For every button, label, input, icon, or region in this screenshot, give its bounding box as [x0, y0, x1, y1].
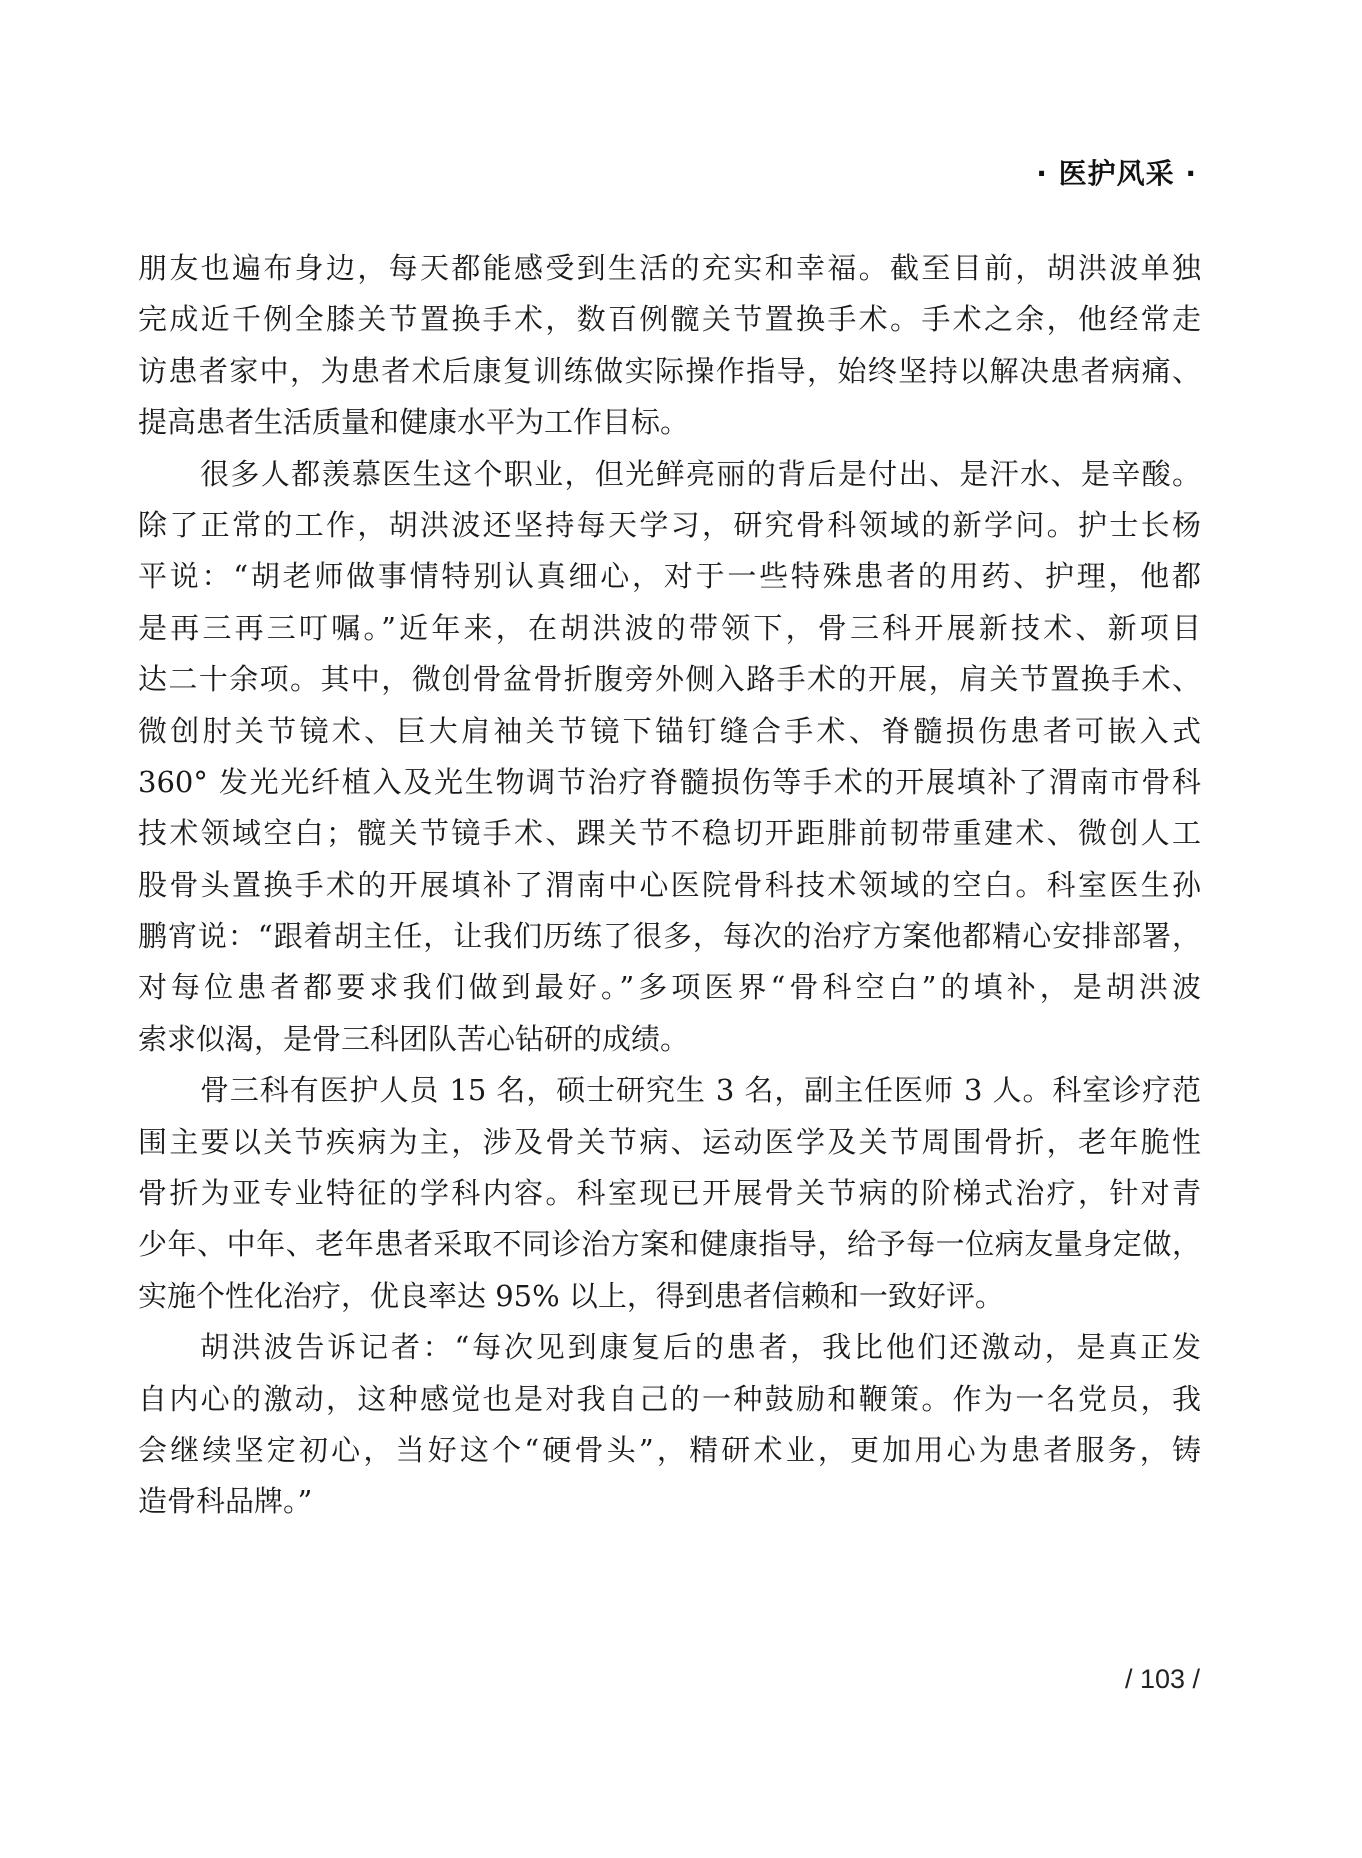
- text-line: 鹏宵说：“跟着胡主任，让我们历练了很多，每次的治疗方案他都精心安排部署，: [138, 911, 1201, 962]
- running-head-section-title: · 医护风采 ·: [1036, 152, 1197, 192]
- text-line: 是再三再三叮嘱。”近年来，在胡洪波的带领下，骨三科开展新技术、新项目: [138, 603, 1201, 654]
- text-line: 提高患者生活质量和健康水平为工作目标。: [138, 397, 1201, 448]
- text-line: 访患者家中，为患者术后康复训练做实际操作指导，始终坚持以解决患者病痛、: [138, 346, 1201, 397]
- text-line: 骨折为亚专业特征的学科内容。科室现已开展骨关节病的阶梯式治疗，针对青: [138, 1168, 1201, 1219]
- text-line: 造骨科品牌。”: [138, 1476, 1201, 1527]
- paragraph-2: 很多人都羡慕医生这个职业，但光鲜亮丽的背后是付出、是汗水、是辛酸。 除了正常的工…: [138, 449, 1201, 1066]
- text-line: 技术领域空白；髋关节镜手术、踝关节不稳切开距腓前韧带重建术、微创人工: [138, 808, 1201, 859]
- text-line: 自内心的激动，这种感觉也是对我自己的一种鼓励和鞭策。作为一名党员，我: [138, 1374, 1201, 1425]
- text-line: 达二十余项。其中，微创骨盆骨折腹旁外侧入路手术的开展，肩关节置换手术、: [138, 654, 1201, 705]
- text-line: 朋友也遍布身边，每天都能感受到生活的充实和幸福。截至目前，胡洪波单独: [138, 243, 1201, 294]
- text-line: 平说：“胡老师做事情特别认真细心，对于一些特殊患者的用药、护理，他都: [138, 551, 1201, 602]
- paragraph-1: 朋友也遍布身边，每天都能感受到生活的充实和幸福。截至目前，胡洪波单独 完成近千例…: [138, 243, 1201, 449]
- text-line: 微创肘关节镜术、巨大肩袖关节镜下锚钉缝合手术、脊髓损伤患者可嵌入式: [138, 706, 1201, 757]
- text-line: 围主要以关节疾病为主，涉及骨关节病、运动医学及关节周围骨折，老年脆性: [138, 1117, 1201, 1168]
- paragraph-3: 骨三科有医护人员 15 名，硕士研究生 3 名，副主任医师 3 人。科室诊疗范 …: [138, 1065, 1201, 1322]
- text-line: 骨三科有医护人员 15 名，硕士研究生 3 名，副主任医师 3 人。科室诊疗范: [138, 1065, 1201, 1116]
- text-line: 索求似渴，是骨三科团队苦心钻研的成绩。: [138, 1014, 1201, 1065]
- paragraph-4: 胡洪波告诉记者：“每次见到康复后的患者，我比他们还激动，是真正发 自内心的激动，…: [138, 1322, 1201, 1528]
- text-line: 除了正常的工作，胡洪波还坚持每天学习，研究骨科领域的新学问。护士长杨: [138, 500, 1201, 551]
- text-line: 完成近千例全膝关节置换手术，数百例髋关节置换手术。手术之余，他经常走: [138, 294, 1201, 345]
- text-line: 360° 发光光纤植入及光生物调节治疗脊髓损伤等手术的开展填补了渭南市骨科: [138, 757, 1201, 808]
- text-line: 实施个性化治疗，优良率达 95% 以上，得到患者信赖和一致好评。: [138, 1271, 1201, 1322]
- text-line: 会继续坚定初心，当好这个“硬骨头”，精研术业，更加用心为患者服务，铸: [138, 1425, 1201, 1476]
- text-line: 很多人都羡慕医生这个职业，但光鲜亮丽的背后是付出、是汗水、是辛酸。: [138, 449, 1201, 500]
- text-line: 对每位患者都要求我们做到最好。”多项医界“骨科空白”的填补，是胡洪波: [138, 962, 1201, 1013]
- article-body: 朋友也遍布身边，每天都能感受到生活的充实和幸福。截至目前，胡洪波单独 完成近千例…: [138, 243, 1201, 1528]
- text-line: 胡洪波告诉记者：“每次见到康复后的患者，我比他们还激动，是真正发: [138, 1322, 1201, 1373]
- page-number: / 103 /: [1125, 1664, 1200, 1695]
- text-line: 少年、中年、老年患者采取不同诊治方案和健康指导，给予每一位病友量身定做，: [138, 1219, 1201, 1270]
- text-line: 股骨头置换手术的开展填补了渭南中心医院骨科技术领域的空白。科室医生孙: [138, 860, 1201, 911]
